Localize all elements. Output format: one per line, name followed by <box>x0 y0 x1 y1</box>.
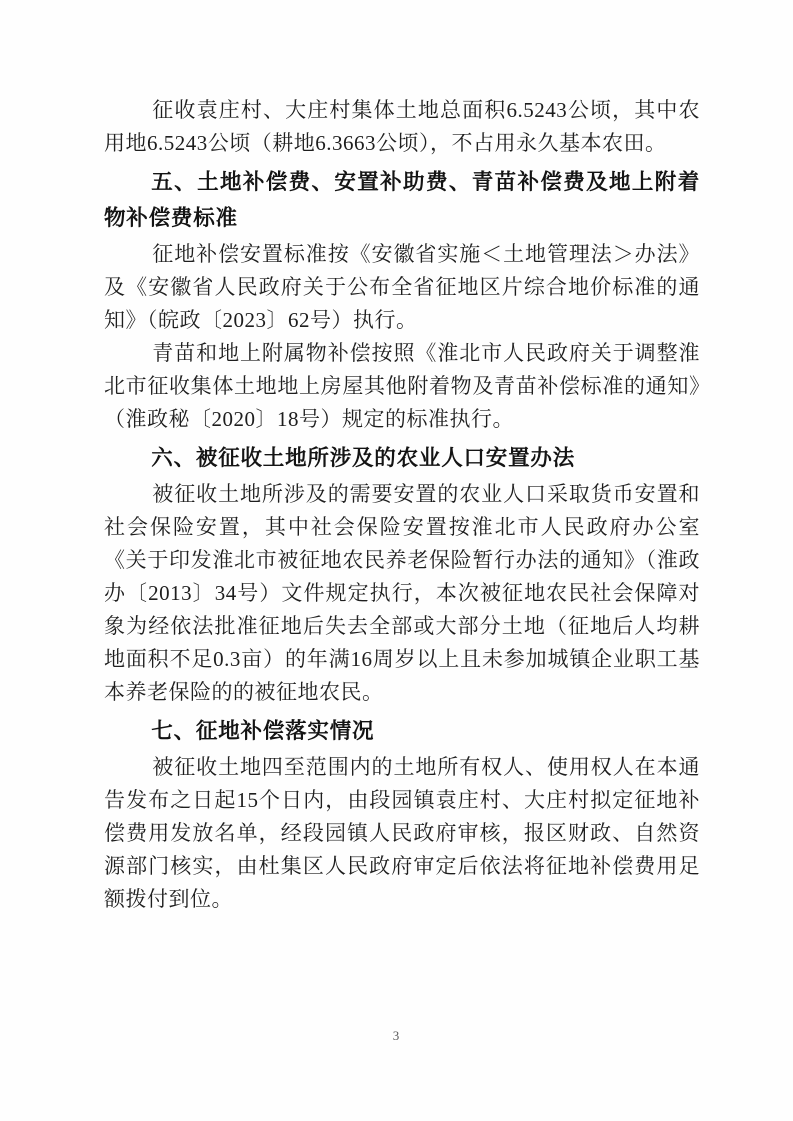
heading-section-7-compensation-implementation: 七、征地补偿落实情况 <box>104 713 700 749</box>
page-number: 3 <box>0 1028 793 1044</box>
paragraph-compensation-standard: 征地补偿安置标准按《安徽省实施＜土地管理法＞办法》及《安徽省人民政府关于公布全省… <box>104 238 700 337</box>
paragraph-fund-implementation: 被征收土地四至范围内的土地所有权人、使用权人在本通告发布之日起15个日内，由段园… <box>104 751 700 916</box>
heading-section-6-resettlement-measures: 六、被征收土地所涉及的农业人口安置办法 <box>104 440 700 476</box>
paragraph-seedling-attachment-compensation: 青苗和地上附属物补偿按照《淮北市人民政府关于调整淮北市征收集体土地地上房屋其他附… <box>104 337 700 436</box>
paragraph-land-area: 征收袁庄村、大庄村集体土地总面积6.5243公顷，其中农用地6.5243公顷（耕… <box>104 94 700 160</box>
document-text-block: 征收袁庄村、大庄村集体土地总面积6.5243公顷，其中农用地6.5243公顷（耕… <box>104 94 700 916</box>
document-page: 征收袁庄村、大庄村集体土地总面积6.5243公顷，其中农用地6.5243公顷（耕… <box>0 0 793 1121</box>
paragraph-resettlement-method: 被征收土地所涉及的需要安置的农业人口采取货币安置和社会保险安置，其中社会保险安置… <box>104 478 700 709</box>
heading-section-5-compensation-standards: 五、土地补偿费、安置补助费、青苗补偿费及地上附着物补偿费标准 <box>104 164 700 236</box>
